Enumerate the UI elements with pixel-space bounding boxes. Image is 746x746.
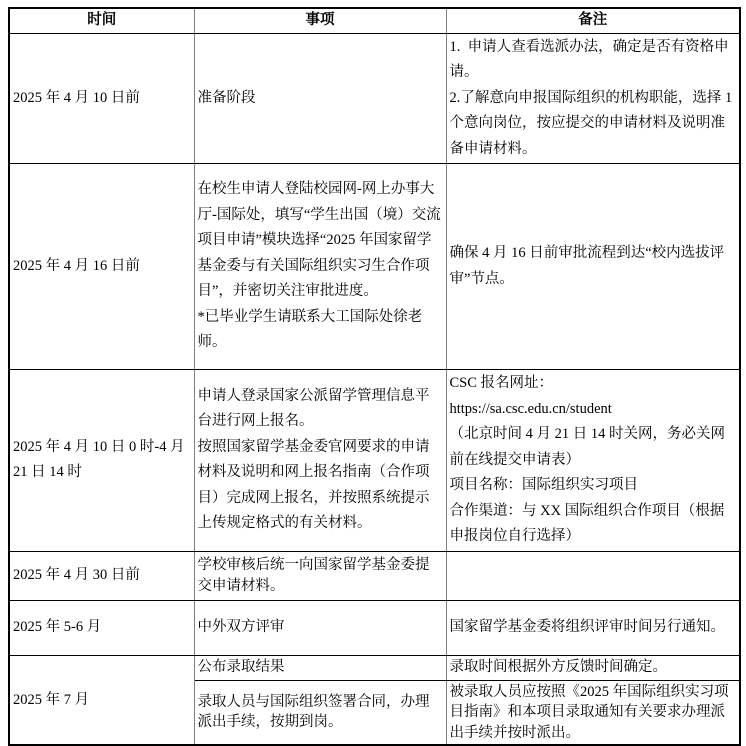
note-cell: 国家留学基金委将组织评审时间另行通知。	[446, 600, 740, 655]
header-matter: 事项	[194, 8, 446, 33]
table-row: 2025 年 4 月 30 日前 学校审核后统一向国家留学基金委提交申请材料。	[9, 551, 740, 600]
time-cell: 2025 年 4 月 10 日 0 时-4 月 21 日 14 时	[9, 370, 194, 552]
time-cell: 2025 年 4 月 16 日前	[9, 164, 194, 370]
table-row: 2025 年 5-6 月 中外双方评审 国家留学基金委将组织评审时间另行通知。	[9, 600, 740, 655]
time-cell: 2025 年 4 月 10 日前	[9, 33, 194, 164]
matter-cell: 中外双方评审	[194, 600, 446, 655]
matter-cell: 准备阶段	[194, 33, 446, 164]
matter-cell: 录取人员与国际组织签署合同，办理派出手续，按期到岗。	[194, 680, 446, 743]
matter-cell: 学校审核后统一向国家留学基金委提交申请材料。	[194, 551, 446, 600]
header-time: 时间	[9, 8, 194, 33]
matter-cell: 公布录取结果	[194, 655, 446, 680]
schedule-table: 时间 事项 备注 2025 年 4 月 10 日前 准备阶段 1. 申请人查看选…	[8, 7, 741, 743]
table-row: 2025 年 4 月 16 日前 在校生申请人登陆校园网-网上办事大厅-国际处，…	[9, 164, 740, 370]
table-row: 2025 年 4 月 10 日 0 时-4 月 21 日 14 时 申请人登录国…	[9, 370, 740, 552]
matter-cell: 在校生申请人登陆校园网-网上办事大厅-国际处，填写“学生出国（境）交流项目申请”…	[194, 164, 446, 370]
header-note: 备注	[446, 8, 740, 33]
table-row: 2025 年 4 月 10 日前 准备阶段 1. 申请人查看选派办法，确定是否有…	[9, 33, 740, 164]
note-cell: 录取时间根据外方反馈时间确定。	[446, 655, 740, 680]
note-cell	[446, 551, 740, 600]
note-cell: CSC 报名网址： https://sa.csc.edu.cn/student …	[446, 370, 740, 552]
note-cell: 被录取人员应按照《2025 年国际组织实习项目指南》和本项目录取通知有关要求办理…	[446, 680, 740, 743]
time-cell: 2025 年 4 月 30 日前	[9, 551, 194, 600]
note-cell: 1. 申请人查看选派办法，确定是否有资格申请。 2.了解意向申报国际组织的机构职…	[446, 33, 740, 164]
time-cell: 2025 年 5-6 月	[9, 600, 194, 655]
table-row: 2025 年 7 月 公布录取结果 录取时间根据外方反馈时间确定。	[9, 655, 740, 680]
matter-cell: 申请人登录国家公派留学管理信息平台进行网上报名。 按照国家留学基金委官网要求的申…	[194, 370, 446, 552]
note-cell: 确保 4 月 16 日前审批流程到达“校内选拔评审”节点。	[446, 164, 740, 370]
time-cell: 2025 年 7 月	[9, 655, 194, 743]
header-row: 时间 事项 备注	[9, 8, 740, 33]
